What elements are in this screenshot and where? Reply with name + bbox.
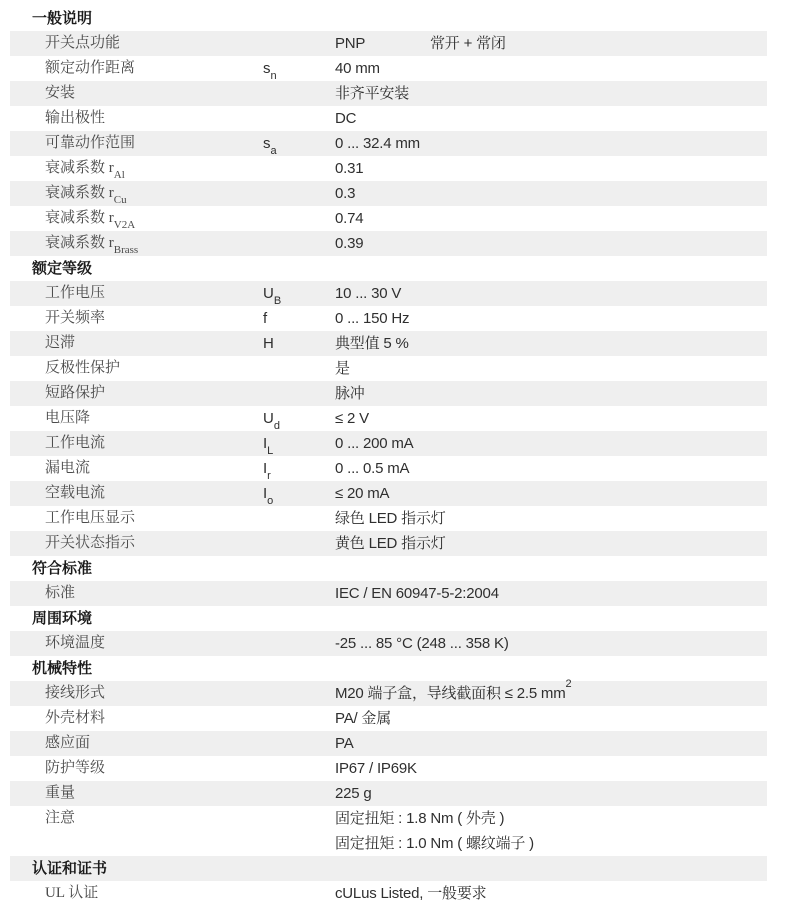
spec-value-part: 0 ... 32.4 mm	[335, 131, 430, 156]
spec-value-part: ≤ 2 V	[335, 406, 430, 431]
spec-row: 工作电压UB10 ... 30 V	[10, 281, 767, 306]
spec-value: 0.74	[335, 206, 767, 231]
spec-row: 外壳材料PA/ 金属	[10, 706, 767, 731]
spec-row: 输出极性DC	[10, 106, 767, 131]
spec-row: 衰减系数 rCu0.3	[10, 181, 767, 206]
spec-value-part: 绿色 LED 指示灯	[335, 506, 446, 531]
datasheet-page: 一般说明开关点功能PNP常开 + 常闭额定动作距离sn40 mm安装非齐平安装输…	[0, 0, 790, 922]
spec-symbol: H	[263, 331, 335, 356]
spec-row: 接线形式M20 端子盒，导线截面积 ≤ 2.5 mm2	[10, 681, 767, 706]
section-heading: 符合标准	[10, 556, 92, 581]
spec-row: 开关点功能PNP常开 + 常闭	[10, 31, 767, 56]
spec-value: 非齐平安装	[335, 81, 767, 106]
spec-symbol-subscript: d	[274, 420, 280, 432]
spec-label: 标准	[10, 581, 263, 606]
spec-symbol-subscript: a	[271, 145, 277, 157]
spec-label: 电压降	[10, 406, 263, 431]
spec-value: cULus Listed, 一般要求	[335, 881, 767, 906]
section-heading-row: 机械特性	[10, 656, 767, 681]
spec-value-part: PA/ 金属	[335, 706, 430, 731]
spec-row: 反极性保护是	[10, 356, 767, 381]
spec-value: 绿色 LED 指示灯	[335, 506, 767, 531]
spec-symbol-subscript: r	[267, 470, 271, 482]
spec-value: ≤ 20 mA	[335, 481, 767, 506]
spec-label: 输出极性	[10, 106, 263, 131]
spec-row: 标准IEC / EN 60947-5-2:2004	[10, 581, 767, 606]
spec-label: 衰减系数 rBrass	[10, 231, 263, 256]
spec-row: 重量225 g	[10, 781, 767, 806]
spec-label-subscript: Brass	[114, 244, 138, 256]
spec-row: 安装非齐平安装	[10, 81, 767, 106]
spec-value: 0 ... 0.5 mA	[335, 456, 767, 481]
spec-value-part: 脉冲	[335, 381, 430, 406]
spec-value-part: 0 ... 0.5 mA	[335, 456, 430, 481]
spec-value-part: 常开 + 常闭	[430, 31, 525, 56]
section-heading-row: 符合标准	[10, 556, 767, 581]
spec-value-part: 10 ... 30 V	[335, 281, 430, 306]
spec-symbol: sa	[263, 131, 335, 156]
section-heading-row: 认证和证书	[10, 856, 767, 881]
spec-label: 反极性保护	[10, 356, 263, 381]
spec-value: 40 mm	[335, 56, 767, 81]
spec-row: 工作电压显示绿色 LED 指示灯	[10, 506, 767, 531]
spec-label: 可靠动作范围	[10, 131, 263, 156]
spec-label: 迟滞	[10, 331, 263, 356]
spec-value-part: ≤ 20 mA	[335, 481, 430, 506]
section-heading: 周围环境	[10, 606, 92, 631]
spec-value: 0 ... 32.4 mm	[335, 131, 767, 156]
spec-value-part: -25 ... 85 °C (248 ... 358 K)	[335, 631, 509, 656]
spec-value: 0.39	[335, 231, 767, 256]
spec-row: 漏电流Ir0 ... 0.5 mA	[10, 456, 767, 481]
spec-row: UL 认证cULus Listed, 一般要求	[10, 881, 767, 906]
spec-label: 衰减系数 rCu	[10, 181, 263, 206]
spec-row: 开关频率f0 ... 150 Hz	[10, 306, 767, 331]
spec-value: PA	[335, 731, 767, 756]
spec-symbol-subscript: L	[267, 445, 273, 457]
spec-value: ≤ 2 V	[335, 406, 767, 431]
spec-value: -25 ... 85 °C (248 ... 358 K)	[335, 631, 767, 656]
spec-value: DC	[335, 106, 767, 131]
spec-symbol: f	[263, 306, 335, 331]
section-heading: 认证和证书	[10, 856, 107, 881]
spec-label: 空载电流	[10, 481, 263, 506]
spec-value-superscript: 2	[566, 678, 572, 690]
spec-row: 环境温度-25 ... 85 °C (248 ... 358 K)	[10, 631, 767, 656]
spec-symbol-subscript: n	[271, 70, 277, 82]
spec-value-part: 0 ... 200 mA	[335, 431, 430, 456]
section-heading-row: 周围环境	[10, 606, 767, 631]
spec-value-part: IEC / EN 60947-5-2:2004	[335, 581, 499, 606]
spec-value-part: PA	[335, 731, 430, 756]
spec-value-part: 40 mm	[335, 56, 430, 81]
spec-symbol: Ud	[263, 406, 335, 431]
spec-symbol-subscript: o	[267, 495, 273, 507]
spec-value: 225 g	[335, 781, 767, 806]
spec-label: 接线形式	[10, 681, 263, 706]
spec-value: PA/ 金属	[335, 706, 767, 731]
spec-row: 额定动作距离sn40 mm	[10, 56, 767, 81]
spec-symbol: IL	[263, 431, 335, 456]
spec-value-part: 黄色 LED 指示灯	[335, 531, 446, 556]
spec-value: 10 ... 30 V	[335, 281, 767, 306]
spec-row: 开关状态指示黄色 LED 指示灯	[10, 531, 767, 556]
spec-value-part: 0.39	[335, 231, 430, 256]
spec-label: 开关点功能	[10, 31, 263, 56]
spec-value: 脉冲	[335, 381, 767, 406]
spec-value: IEC / EN 60947-5-2:2004	[335, 581, 767, 606]
spec-symbol-subscript: B	[274, 295, 281, 307]
spec-value: 固定扭矩 : 1.8 Nm ( 外壳 )固定扭矩 : 1.0 Nm ( 螺纹端子…	[335, 806, 767, 856]
spec-label: 重量	[10, 781, 263, 806]
spec-value-part: 0.74	[335, 206, 430, 231]
spec-label: 工作电压	[10, 281, 263, 306]
spec-symbol: UB	[263, 281, 335, 306]
spec-value-part: M20 端子盒，导线截面积 ≤ 2.5 mm2	[335, 681, 571, 706]
spec-label: 开关状态指示	[10, 531, 263, 556]
spec-value-part: 典型值 5 %	[335, 331, 430, 356]
spec-value-part: PNP	[335, 31, 430, 56]
section-heading: 额定等级	[10, 256, 92, 281]
spec-label: 感应面	[10, 731, 263, 756]
spec-symbol: Ir	[263, 456, 335, 481]
spec-label: 环境温度	[10, 631, 263, 656]
spec-value: 是	[335, 356, 767, 381]
spec-label: 工作电压显示	[10, 506, 263, 531]
spec-table: 一般说明开关点功能PNP常开 + 常闭额定动作距离sn40 mm安装非齐平安装输…	[0, 0, 790, 906]
spec-label-subscript: Cu	[114, 194, 127, 206]
spec-label: 外壳材料	[10, 706, 263, 731]
spec-label: 安装	[10, 81, 263, 106]
spec-value: IP67 / IP69K	[335, 756, 767, 781]
spec-label: 工作电流	[10, 431, 263, 456]
spec-row: 衰减系数 rBrass0.39	[10, 231, 767, 256]
section-heading-row: 额定等级	[10, 256, 767, 281]
spec-row: 注意固定扭矩 : 1.8 Nm ( 外壳 )固定扭矩 : 1.0 Nm ( 螺纹…	[10, 806, 767, 856]
spec-value: 0.3	[335, 181, 767, 206]
spec-value: PNP常开 + 常闭	[335, 31, 767, 56]
spec-value: 0.31	[335, 156, 767, 181]
spec-value-part: 0.3	[335, 181, 430, 206]
spec-label-subscript: V2A	[114, 219, 135, 231]
spec-value-line: 固定扭矩 : 1.8 Nm ( 外壳 )	[335, 806, 767, 831]
spec-symbol: Io	[263, 481, 335, 506]
spec-value: 0 ... 200 mA	[335, 431, 767, 456]
spec-label: 漏电流	[10, 456, 263, 481]
spec-row: 工作电流IL0 ... 200 mA	[10, 431, 767, 456]
spec-value-part: 非齐平安装	[335, 81, 430, 106]
spec-value-part: DC	[335, 106, 430, 131]
spec-label: 衰减系数 rV2A	[10, 206, 263, 231]
spec-value: 黄色 LED 指示灯	[335, 531, 767, 556]
spec-row: 空载电流Io≤ 20 mA	[10, 481, 767, 506]
spec-row: 防护等级IP67 / IP69K	[10, 756, 767, 781]
spec-row: 衰减系数 rV2A0.74	[10, 206, 767, 231]
spec-value-part: 0 ... 150 Hz	[335, 306, 430, 331]
section-heading-row: 一般说明	[10, 6, 767, 31]
spec-value: M20 端子盒，导线截面积 ≤ 2.5 mm2	[335, 681, 767, 706]
spec-value-part: 225 g	[335, 781, 430, 806]
spec-row: 可靠动作范围sa0 ... 32.4 mm	[10, 131, 767, 156]
spec-value: 0 ... 150 Hz	[335, 306, 767, 331]
spec-row: 感应面PA	[10, 731, 767, 756]
spec-value: 典型值 5 %	[335, 331, 767, 356]
spec-row: 电压降Ud≤ 2 V	[10, 406, 767, 431]
spec-value-part: IP67 / IP69K	[335, 756, 430, 781]
spec-row: 衰减系数 rAl0.31	[10, 156, 767, 181]
spec-value-part: 是	[335, 356, 430, 381]
spec-value-part: 0.31	[335, 156, 430, 181]
spec-label: 额定动作距离	[10, 56, 263, 81]
spec-value-part: cULus Listed, 一般要求	[335, 881, 486, 906]
spec-symbol: sn	[263, 56, 335, 81]
spec-label: 衰减系数 rAl	[10, 156, 263, 181]
spec-label-subscript: Al	[114, 169, 125, 181]
spec-label: UL 认证	[10, 881, 263, 906]
spec-row: 短路保护脉冲	[10, 381, 767, 406]
spec-row: 迟滞H典型值 5 %	[10, 331, 767, 356]
spec-label: 短路保护	[10, 381, 263, 406]
section-heading: 一般说明	[10, 6, 92, 31]
spec-value-line: 固定扭矩 : 1.0 Nm ( 螺纹端子 )	[335, 831, 767, 856]
spec-label: 防护等级	[10, 756, 263, 781]
spec-label: 注意	[10, 806, 263, 831]
section-heading: 机械特性	[10, 656, 92, 681]
spec-label: 开关频率	[10, 306, 263, 331]
